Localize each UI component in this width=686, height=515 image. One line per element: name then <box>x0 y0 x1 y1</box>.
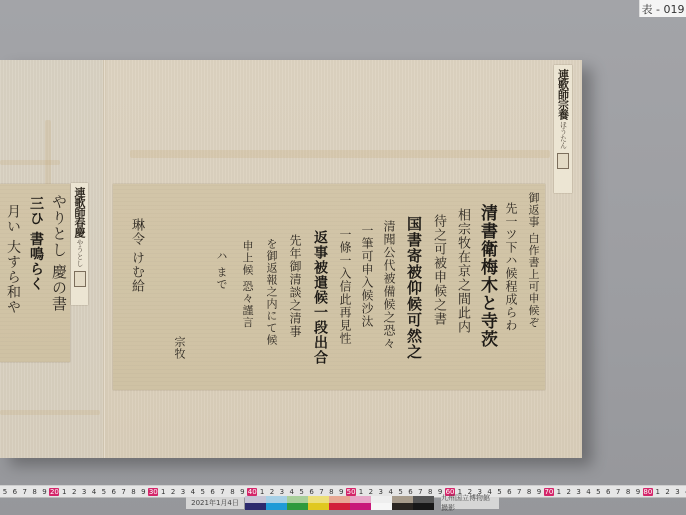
ruler-tick-label: 6 <box>10 488 20 496</box>
ruler-tick-label: 3 <box>79 488 89 496</box>
ruler-tick-label: 8 <box>425 488 435 496</box>
ruler-tick-label: 8 <box>129 488 139 496</box>
ruler-tick-label: 40 <box>247 488 257 496</box>
ruler-tick-label: 30 <box>148 488 158 496</box>
ruler-tick-label: 1 <box>158 488 168 496</box>
ruler-tick-label: 7 <box>218 488 228 496</box>
doc-column: やりとし 慶の書 <box>51 194 66 354</box>
color-swatch <box>308 496 329 510</box>
color-swatch <box>287 496 308 510</box>
ruler-tick-label: 4 <box>89 488 99 496</box>
ruler-tick-label: 2 <box>69 488 79 496</box>
ruler-tick-label: 5 <box>396 488 406 496</box>
color-swatch <box>413 496 434 510</box>
doc-column: 待之可被申候之書 <box>432 214 445 384</box>
ruler-tick-label: 80 <box>643 488 653 496</box>
ruler-tick-label: 3 <box>673 488 683 496</box>
ruler-tick-label: 3 <box>574 488 584 496</box>
ruler-tick-label: 2 <box>168 488 178 496</box>
ruler-tick-label: 9 <box>40 488 50 496</box>
label-title: 連歌師春慶 <box>74 187 85 237</box>
label-subtitle: ほうたん <box>560 121 567 149</box>
ruler-tick-label: 20 <box>49 488 59 496</box>
ruler-tick-label: 9 <box>633 488 643 496</box>
ruler-tick-label: 5 <box>0 488 10 496</box>
seal-stamp-icon <box>557 153 569 169</box>
mount-title-label: 連歌師宗養 ほうたん <box>554 65 572 193</box>
stain <box>0 160 60 165</box>
ruler-tick-label: 50 <box>346 488 356 496</box>
doc-column: 申上候 恐々謹言 <box>242 240 253 375</box>
ruler-tick-label: 6 <box>109 488 119 496</box>
color-swatch <box>245 496 266 510</box>
ruler-tick-label: 1 <box>59 488 69 496</box>
ruler-tick-label: 1 <box>356 488 366 496</box>
doc-column: 御返事 白作書上可申候ぞ <box>528 192 539 387</box>
ruler-tick-label: 70 <box>544 488 554 496</box>
color-swatch <box>392 496 413 510</box>
photo-credit: 九州国立博物館 撮影 <box>441 497 499 509</box>
doc-column: を御返報之内にて候 <box>266 238 277 378</box>
stain <box>0 410 100 415</box>
doc-column: 一條一入信此再見性 <box>339 228 351 378</box>
doc-column: ハ まで <box>216 250 227 310</box>
ruler-tick-label: 3 <box>376 488 386 496</box>
ruler-tick-label: 6 <box>307 488 317 496</box>
ruler-tick-label: 7 <box>415 488 425 496</box>
ruler-tick-label: 5 <box>99 488 109 496</box>
doc-column: 返事被遣候一段出合 <box>313 230 327 380</box>
doc-column: 相宗牧在京之間此内 <box>456 208 469 378</box>
ruler-tick-label: 6 <box>208 488 218 496</box>
ruler-tick-label: 4 <box>287 488 297 496</box>
ruler-tick-label: 2 <box>267 488 277 496</box>
ruler-tick-label: 4 <box>584 488 594 496</box>
doc-column: 一筆可申入候沙汰 <box>361 224 373 379</box>
ruler-tick-label: 2 <box>366 488 376 496</box>
ruler-tick-label: 9 <box>534 488 544 496</box>
ruler-tick-label: 7 <box>514 488 524 496</box>
ruler-tick-label: 1 <box>257 488 267 496</box>
ruler-tick-label: 9 <box>336 488 346 496</box>
ruler-tick-label: 1 <box>554 488 564 496</box>
color-swatch <box>329 496 350 510</box>
ruler-tick-label: 2 <box>663 488 673 496</box>
color-swatch <box>371 496 392 510</box>
ruler-tick-label: 8 <box>227 488 237 496</box>
ruler-tick-label: 4 <box>682 488 686 496</box>
ruler-tick-label: 8 <box>524 488 534 496</box>
left-document-sheet: やりとし 慶の書 三ひ 書鳴らく 月い 大すら和や <box>0 184 70 362</box>
page-number-tag: 表 - 019 <box>639 0 686 17</box>
label-subtitle: やうとし <box>76 239 83 267</box>
doc-column: 国書寄被仰候可然之 <box>406 216 421 381</box>
ruler-tick-label: 5 <box>198 488 208 496</box>
ruler-tick-label: 2 <box>564 488 574 496</box>
stain <box>45 120 51 190</box>
ruler-tick-label: 4 <box>386 488 396 496</box>
main-document-letter: 御返事 白作書上可申候ぞ 先一ツ下ハ候程成らわ 清書衛梅木と寺茨 相宗牧在京之間… <box>113 184 545 390</box>
ruler-tick-label: 3 <box>277 488 287 496</box>
photo-date: 2021年1月4日 <box>186 497 244 509</box>
ruler-tick-label: 7 <box>20 488 30 496</box>
mount-fold-line <box>103 60 106 458</box>
doc-column: 清聞公代被備候之恐々 <box>383 220 395 380</box>
ruler-tick-label: 6 <box>406 488 416 496</box>
color-swatch <box>266 496 287 510</box>
ruler-tick-label: 9 <box>237 488 247 496</box>
ruler-tick-label: 8 <box>326 488 336 496</box>
ruler-tick-label: 4 <box>188 488 198 496</box>
ruler-tick-label: 7 <box>119 488 129 496</box>
ruler-tick-label: 7 <box>317 488 327 496</box>
signature: 宗牧 <box>174 336 185 386</box>
ruler-tick-label: 9 <box>138 488 148 496</box>
ruler-tick-label: 5 <box>593 488 603 496</box>
doc-column: 先年御清談之清事 <box>289 234 301 379</box>
doc-column: 先一ツ下ハ候程成らわ <box>505 202 517 387</box>
ruler-tick-label: 6 <box>603 488 613 496</box>
label-title: 連歌師宗養 <box>558 69 569 119</box>
ruler-tick-label: 1 <box>653 488 663 496</box>
ruler-tick-label: 7 <box>613 488 623 496</box>
doc-column: 三ひ 書鳴らく <box>29 196 43 346</box>
doc-column: 月い 大すら和や <box>6 204 20 354</box>
stain <box>130 150 550 158</box>
ruler-tick-label: 5 <box>297 488 307 496</box>
left-document-label: 連歌師春慶 やうとし <box>71 183 88 305</box>
doc-column: 琳令 けむ給 <box>130 218 143 348</box>
seal-stamp-icon <box>74 271 86 287</box>
doc-column: 清書衛梅木と寺茨 <box>478 204 495 384</box>
color-calibration-chart <box>245 496 434 510</box>
ruler-tick-label: 6 <box>504 488 514 496</box>
ruler-tick-label: 8 <box>30 488 40 496</box>
ruler-tick-label: 3 <box>178 488 188 496</box>
ruler-tick-label: 8 <box>623 488 633 496</box>
color-swatch <box>350 496 371 510</box>
